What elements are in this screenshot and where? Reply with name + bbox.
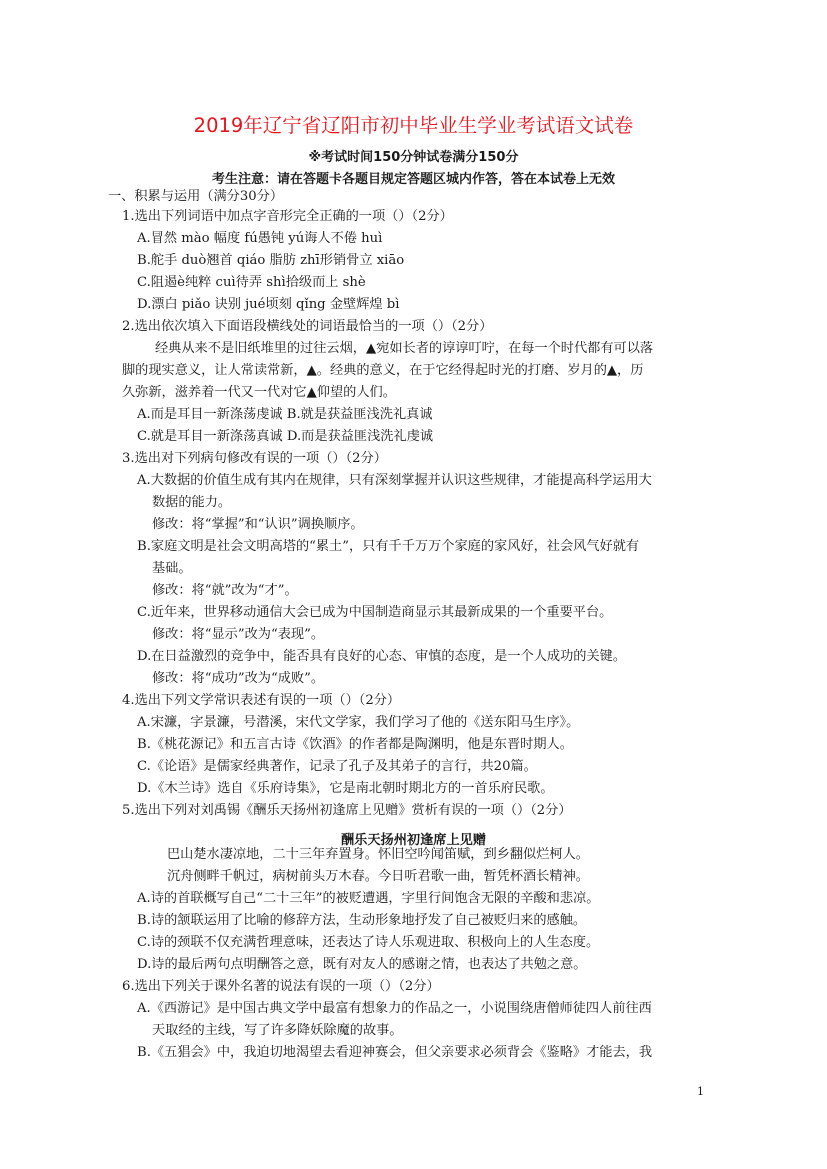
text-line: D.漂白 piǎo 诀别 jué顷刻 qǐng 金壁辉煌 bì bbox=[137, 295, 399, 315]
page-number: 1 bbox=[697, 1085, 704, 1098]
text-line: D.诗的最后两句点明酬答之意，既有对友人的感谢之情，也表达了共勉之意。 bbox=[137, 955, 586, 975]
exam-notice: 考生注意：请在答题卡各题目规定答题区城内作答，答在本试卷上无效 bbox=[0, 168, 827, 187]
text-line: A.诗的首联概写自己“二十三年”的被贬遭遇，字里行间饱含无限的辛酸和悲凉。 bbox=[137, 889, 599, 909]
text-line: A.冒然 mào 幅度 fú愚钝 yú诲人不倦 huì bbox=[137, 229, 382, 249]
text-line: 2.选出依次填入下面语段横线处的词语最恰当的一项（）（2分） bbox=[122, 317, 492, 337]
text-line: 经典从来不是旧纸堆里的过往云烟，▲宛如长者的谆谆叮咛，在每一个时代都有可以落 bbox=[155, 339, 653, 359]
text-line: 6.选出下列关于课外名著的说法有误的一项（）（2分） bbox=[122, 977, 440, 997]
text-line: D.《木兰诗》选自《乐府诗集》，它是南北朝时期北方的一首乐府民歌。 bbox=[137, 779, 554, 799]
exam-page: 2019年辽宁省辽阳市初中毕业生学业考试语文试卷 ※考试时间150分钟试卷满分1… bbox=[0, 0, 827, 1169]
text-line: B.《桃花源记》和五言古诗《饮酒》的作者都是陶渊明，他是东晋时期人。 bbox=[137, 735, 573, 755]
text-line: 修改：将“成功”改为“成败”。 bbox=[152, 669, 324, 689]
exam-info: ※考试时间150分钟试卷满分150分 bbox=[0, 146, 827, 165]
section-heading: 一、积累与运用（满分30分） bbox=[108, 187, 283, 207]
text-line: C.阻遏è纯粹 cuì待弄 shì拾级而上 shè bbox=[137, 273, 366, 293]
text-line: 数据的能力。 bbox=[152, 493, 231, 513]
text-line: C.《论语》是儒家经典著作，记录了孔子及其弟子的言行，共20篇。 bbox=[137, 757, 537, 777]
text-line: 修改：将“就”改为“才”。 bbox=[152, 581, 298, 601]
text-line: 基础。 bbox=[152, 559, 192, 579]
text-line: C.近年来，世界移动通信大会已成为中国制造商显示其最新成果的一个重要平台。 bbox=[137, 603, 612, 623]
text-line: B.《五猖会》中，我迫切地渴望去看迎神赛会，但父亲要求必须背会《鉴略》才能去，我 bbox=[137, 1043, 652, 1063]
exam-title: 2019年辽宁省辽阳市初中毕业生学业考试语文试卷 bbox=[0, 110, 827, 138]
text-line: C.就是耳目一新涤荡真诚 D.而是获益匪浅洗礼虔诚 bbox=[137, 427, 433, 447]
text-line: 1.选出下列词语中加点字音形完全正确的一项（）（2分） bbox=[122, 207, 453, 227]
text-line: A.大数据的价值生成有其内在规律，只有深刻掌握并认识这些规律，才能提高科学运用大 bbox=[137, 471, 652, 491]
text-line: 修改：将“掌握”和“认识”调换顺序。 bbox=[152, 515, 364, 535]
text-line: 天取经的主线，写了许多降妖除魔的故事。 bbox=[152, 1021, 403, 1041]
text-line: 修改：将“显示”改为“表现”。 bbox=[152, 625, 324, 645]
text-line: 5.选出下列对刘禹锡《酬乐天扬州初逢席上见赠》赏析有误的一项（）（2分） bbox=[122, 801, 572, 821]
text-line: A.《西游记》是中国古典文学中最富有想象力的作品之一，小说围绕唐僧师徒四人前往西 bbox=[137, 999, 652, 1019]
text-line: 久弥新，滋养着一代又一代对它▲仰望的人们。 bbox=[122, 383, 396, 403]
text-line: B.舵手 duò翘首 qiáo 脂肪 zhī形销骨立 xiāo bbox=[137, 251, 404, 271]
text-line: B.家庭文明是社会文明高塔的“累土”，只有千千万万个家庭的家风好，社会风气好就有 bbox=[137, 537, 639, 557]
text-line: B.诗的颔联运用了比喻的修辞方法，生动形象地抒发了自己被贬归来的感触。 bbox=[137, 911, 586, 931]
text-line: 沉舟侧畔千帆过，病树前头万木春。今日听君歌一曲，暂凭杯酒长精神。 bbox=[167, 867, 589, 887]
text-line: 脚的现实意义，让人常读常新，▲。经典的意义，在于它经得起时光的打磨、岁月的▲，历 bbox=[122, 361, 643, 381]
text-line: A.宋濂，字景濂，号潜溪，宋代文学家，我们学习了他的《送东阳马生序》。 bbox=[137, 713, 579, 733]
text-line: 4.选出下列文学常识表述有误的一项（）（2分） bbox=[122, 691, 400, 711]
text-line: D.在日益激烈的竞争中，能否具有良好的心态、审慎的态度，是一个人成功的关键。 bbox=[137, 647, 626, 667]
text-line: 3.选出对下列病句修改有误的一项（）（2分） bbox=[122, 449, 387, 469]
text-line: A.而是耳目一新涤荡虔诚 B.就是获益匪浅洗礼真诚 bbox=[137, 405, 433, 425]
poem-title: 酬乐天扬州初逢席上见赠 bbox=[0, 831, 827, 851]
text-line: C.诗的颈联不仅充满哲理意味，还表达了诗人乐观进取、积极向上的人生态度。 bbox=[137, 933, 599, 953]
